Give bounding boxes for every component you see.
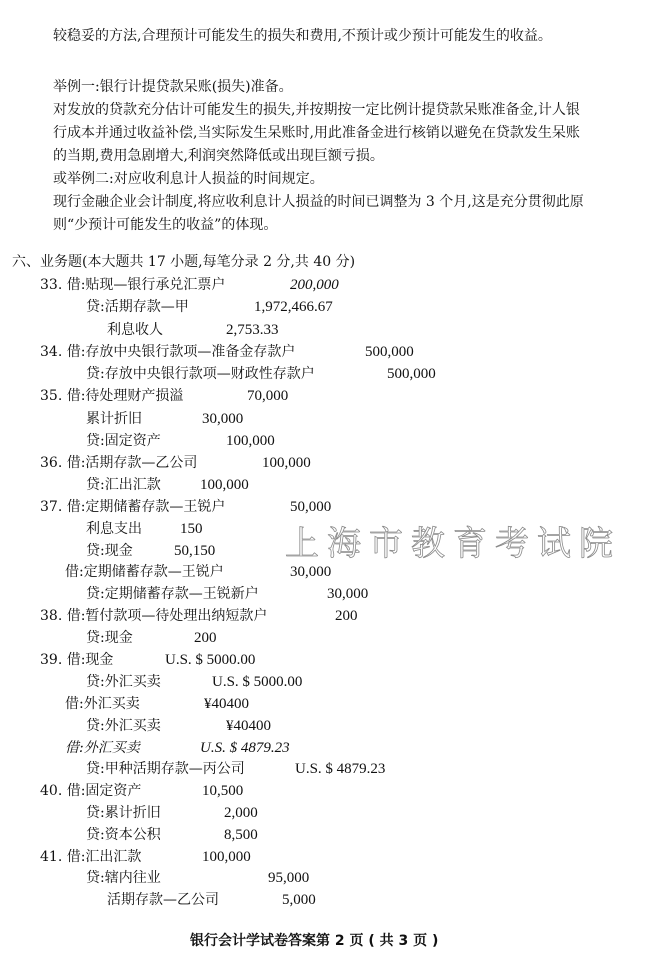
paragraph-line: 则“少预计可能发生的收益”的体现。 xyxy=(53,216,277,234)
entry-label: 利息收人 xyxy=(107,321,163,339)
entry-amount: 8,500 xyxy=(224,826,258,844)
entry-amount: 5,000 xyxy=(282,891,316,909)
paragraph-line: 的当期,费用急剧增大,利润突然降低或出现巨额亏损。 xyxy=(53,147,384,165)
entry-amount: 150 xyxy=(180,520,203,538)
entry-amount: ¥40400 xyxy=(204,695,249,713)
entry-amount: 100,000 xyxy=(226,432,275,450)
entry-label: 借:定期储蓄存款—王锐户 xyxy=(65,563,224,581)
entry-label: 贷:汇出汇款 xyxy=(86,476,161,494)
entry-amount: 200,000 xyxy=(290,276,339,294)
entry-amount: 200 xyxy=(194,629,217,647)
page-footer: 银行会计学试卷答案第 2 页 ( 共 3 页 ) xyxy=(190,930,438,950)
entry-label: 贷:现金 xyxy=(86,542,133,560)
entry-amount: 2,000 xyxy=(224,804,258,822)
entry-label: 利息支出 xyxy=(86,520,142,538)
entry-amount: U.S. $ 4879.23 xyxy=(295,760,385,778)
entry-amount: U.S. $ 5000.00 xyxy=(212,673,302,691)
entry-label: 贷:现金 xyxy=(86,629,133,647)
entry-label: 39. 借:现金 xyxy=(40,651,113,669)
entry-label: 33. 借:贴现—银行承兑汇票户 xyxy=(40,276,225,294)
entry-amount: 30,000 xyxy=(202,410,243,428)
entry-label: 贷:定期储蓄存款—王锐新户 xyxy=(86,585,259,603)
entry-label: 40. 借:固定资产 xyxy=(40,782,141,800)
entry-amount: 30,000 xyxy=(290,563,331,581)
entry-label: 贷:外汇买卖 xyxy=(86,717,161,735)
entry-label: 34. 借:存放中央银行款项—准备金存款户 xyxy=(40,343,295,361)
entry-amount: U.S. $ 5000.00 xyxy=(165,651,255,669)
entry-amount: 200 xyxy=(335,607,358,625)
entry-amount: 100,000 xyxy=(262,454,311,472)
paragraph-line: 或举例二:对应收利息计人损益的时间规定。 xyxy=(53,170,324,188)
entry-label: 借:外汇买卖 xyxy=(65,695,140,713)
entry-amount: 95,000 xyxy=(268,869,309,887)
entry-amount: 100,000 xyxy=(200,476,249,494)
entry-amount: 50,150 xyxy=(174,542,215,560)
entry-amount: 70,000 xyxy=(247,387,288,405)
entry-label: 36. 借:活期存款—乙公司 xyxy=(40,454,197,472)
entry-amount: ¥40400 xyxy=(226,717,271,735)
entry-label: 41. 借:汇出汇款 xyxy=(40,848,141,866)
entry-label: 贷:累计折旧 xyxy=(86,804,161,822)
entry-amount: 10,500 xyxy=(202,782,243,800)
entry-amount: 500,000 xyxy=(365,343,414,361)
entry-label: 贷:辖内往业 xyxy=(86,869,161,887)
entry-label: 借:外汇买卖 xyxy=(65,739,140,757)
paragraph-line: 现行金融企业会计制度,将应收利息计人损益的时间已调整为 3 个月,这是充分贯彻此… xyxy=(53,193,584,211)
entry-amount: 50,000 xyxy=(290,498,331,516)
entry-label: 贷:固定资产 xyxy=(86,432,161,450)
paragraph-line: 举例一:银行计提贷款呆账(损失)准备。 xyxy=(53,78,293,96)
paragraph-line: 较稳妥的方法,合理预计可能发生的损失和费用,不预计或少预计可能发生的收益。 xyxy=(53,27,552,45)
entry-amount: 100,000 xyxy=(202,848,251,866)
entry-amount: 30,000 xyxy=(327,585,368,603)
entry-label: 38. 借:暂付款项—待处理出纳短款户 xyxy=(40,607,267,625)
paragraph-line: 行成本并通过收益补偿,当实际发生呆账时,用此准备金进行核销以避免在贷款发生呆账 xyxy=(53,124,580,142)
entry-amount: 1,972,466.67 xyxy=(254,298,333,316)
entry-label: 贷:活期存款—甲 xyxy=(86,298,189,316)
entry-label: 37. 借:定期储蓄存款—王锐户 xyxy=(40,498,225,516)
watermark: 上海市教育考试院 xyxy=(285,516,621,565)
section-heading: 六、业务题(本大题共 17 小题,每笔分录 2 分,共 40 分) xyxy=(12,253,355,271)
entry-label: 35. 借:待处理财产损溢 xyxy=(40,387,183,405)
paragraph-line: 对发放的贷款充分估计可能发生的损失,并按期按一定比例计提贷款呆账准备金,计人银 xyxy=(53,101,580,119)
entry-amount: U.S. $ 4879.23 xyxy=(200,739,290,757)
entry-label: 累计折旧 xyxy=(86,410,142,428)
entry-label: 贷:资本公积 xyxy=(86,826,161,844)
entry-label: 贷:外汇买卖 xyxy=(86,673,161,691)
entry-label: 活期存款—乙公司 xyxy=(107,891,219,909)
entry-amount: 2,753.33 xyxy=(226,321,279,339)
entry-label: 贷:甲种活期存款—丙公司 xyxy=(86,760,245,778)
entry-amount: 500,000 xyxy=(387,365,436,383)
entry-label: 贷:存放中央银行款项—财政性存款户 xyxy=(86,365,315,383)
